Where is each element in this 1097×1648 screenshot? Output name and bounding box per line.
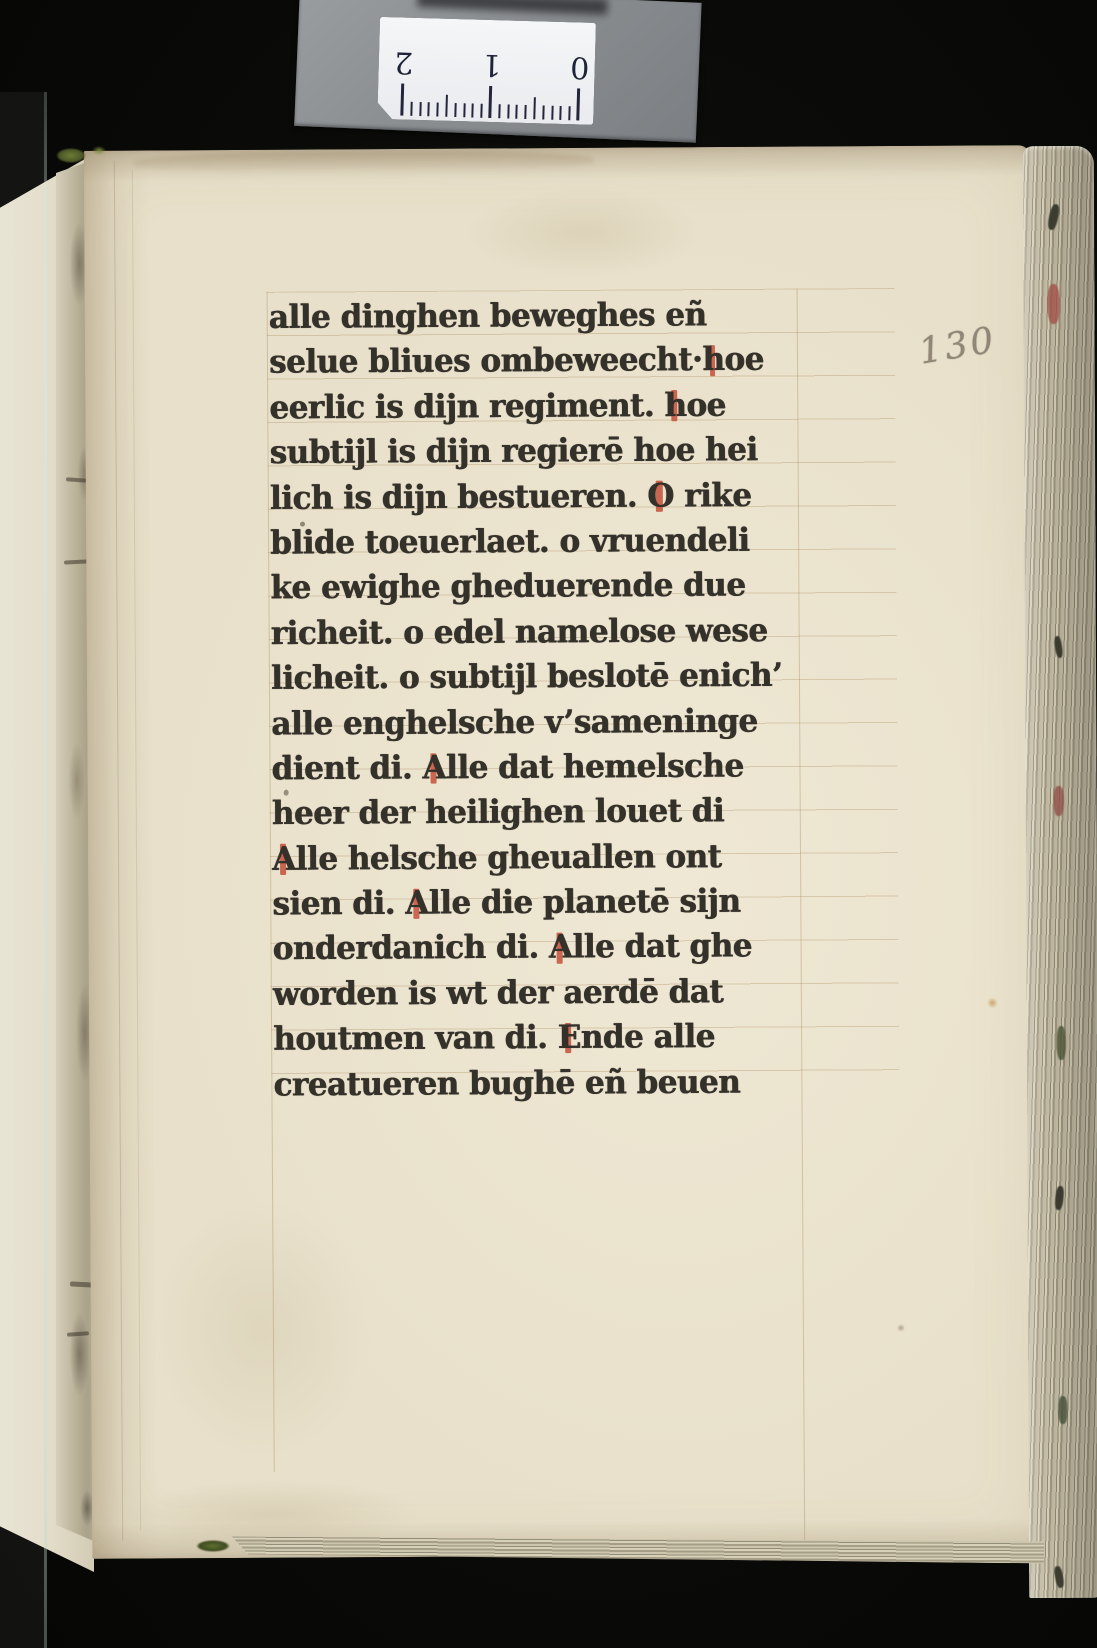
rubricated-initial: h — [702, 341, 724, 379]
manuscript-line: onderdanich di. Alle dat ghe — [272, 924, 832, 973]
manuscript-page: alle dinghen beweghes eñselue bliues omb… — [84, 145, 1041, 1559]
ruler-tick — [498, 104, 500, 118]
ruler-tick — [400, 84, 404, 116]
manuscript-text: dient di. — [271, 749, 422, 787]
manuscript-text: nde alle — [581, 1018, 715, 1056]
ruler-tick — [445, 95, 448, 117]
debris — [92, 146, 106, 155]
manuscript-text: selue bliues ombeweecht· — [269, 341, 703, 381]
fold-crease — [132, 171, 141, 1531]
ruler-tick — [463, 103, 465, 117]
manuscript-line: alle enghelsche v’sameninge — [271, 698, 831, 747]
ruler-tick — [524, 105, 526, 119]
manuscript-text: alle enghelsche v’sameninge — [271, 702, 758, 742]
rubricated-initial: A — [405, 885, 429, 923]
fore-edge-stack — [1023, 146, 1097, 1598]
rubricated-initial: A — [549, 929, 573, 967]
edge-text-glimpse — [1054, 1186, 1064, 1211]
manuscript-text: eerlic is dijn regiment. — [269, 387, 664, 427]
manuscript-line: houtmen van di. Ende alle — [273, 1014, 833, 1063]
manuscript-text: lle dat ghe — [572, 928, 752, 967]
manuscript-line: sien di. Alle die planetē sijn — [272, 879, 832, 928]
edge-text-glimpse — [1047, 203, 1061, 230]
manuscript-photo: alle dinghen beweghes eñselue bliues omb… — [0, 0, 1097, 1648]
ruler-tick — [542, 105, 544, 119]
ruler-tick — [568, 106, 570, 120]
manuscript-line: worden is wt der aerdē dat — [273, 969, 833, 1018]
edge-decoration-glimpse — [1058, 1396, 1067, 1424]
manuscript-text: oe — [686, 386, 726, 424]
ruler-tick — [437, 103, 439, 117]
manuscript-line: selue bliues ombeweecht·hoe — [269, 337, 829, 386]
ruler-tick — [419, 102, 421, 116]
stain — [150, 1199, 372, 1460]
manuscript-text: creatueren bughē eñ beuen — [273, 1063, 740, 1103]
rubricated-initial: A — [422, 749, 446, 787]
manuscript-text: sien di. — [272, 885, 405, 923]
manuscript-text: lle dat hemelsche — [446, 747, 744, 786]
edge-text-glimpse — [1053, 636, 1063, 659]
ruler-tick — [516, 105, 518, 119]
glass-plate-edge — [44, 92, 47, 1648]
stain — [987, 997, 998, 1008]
ruler-tick — [428, 102, 430, 116]
rubricated-initial: E — [557, 1019, 580, 1057]
manuscript-text: onderdanich di. — [272, 929, 549, 968]
manuscript-line: licheit. o subtijl beslotē enich’ — [271, 653, 831, 702]
manuscript-text: ke ewighe gheduerende due — [270, 567, 745, 607]
manuscript-text: oe — [724, 341, 764, 379]
edge-decoration-glimpse — [1047, 284, 1059, 324]
manuscript-text: lle helsche gheuallen ont — [295, 838, 721, 878]
manuscript-line: creatueren bughē eñ beuen — [273, 1059, 833, 1108]
ruler-tick — [576, 88, 580, 120]
ruler-label: 2 — [388, 44, 419, 80]
ruler-label: 1 — [476, 47, 507, 83]
stain — [464, 187, 705, 278]
scale-card: 0 1 2 — [294, 0, 702, 143]
manuscript-text: richeit. o edel namelose wese — [271, 612, 768, 652]
stain — [897, 1324, 905, 1332]
manuscript-line: Alle helsche gheuallen ont — [272, 834, 832, 883]
manuscript-text: lle die planetē sijn — [429, 883, 741, 922]
manuscript-text: subtijl is dijn regierē hoe hei — [269, 431, 757, 471]
manuscript-text: lich is dijn bestueren. — [270, 477, 648, 517]
ruler-tick — [533, 97, 536, 119]
ruler-labels: 0 1 2 — [378, 39, 595, 85]
manuscript-line: ke ewighe gheduerende due — [270, 563, 830, 612]
manuscript-text: heer der heilighen louet di — [272, 793, 725, 833]
manuscript-line: dient di. Alle dat hemelsche — [271, 744, 831, 793]
manuscript-line: richeit. o edel namelose wese — [271, 608, 831, 657]
ruler-tick — [488, 86, 492, 118]
stain — [134, 150, 594, 175]
manuscript-text: houtmen van di. — [273, 1019, 558, 1058]
glass-plate — [0, 92, 44, 1648]
manuscript-line: heer der heilighen louet di — [272, 789, 832, 838]
manuscript-text: blide toeuerlaet. o vruendeli — [270, 522, 750, 562]
manuscript-line: alle dinghen beweghes eñ — [269, 292, 829, 341]
manuscript-line: subtijl is dijn regierē hoe hei — [269, 428, 829, 477]
edge-decoration-glimpse — [1054, 786, 1064, 816]
ruler-tick — [454, 103, 456, 117]
ruler-sticker: 0 1 2 — [377, 17, 596, 125]
edge-decoration-glimpse — [1057, 1026, 1066, 1060]
folio-number: 130 — [916, 320, 999, 373]
rubricated-initial: h — [664, 387, 686, 425]
manuscript-text: rike — [674, 476, 752, 514]
manuscript-text: worden is wt der aerdē dat — [273, 973, 723, 1013]
ruler-tick — [410, 102, 412, 116]
debris — [196, 1540, 230, 1552]
manuscript-line: lich is dijn bestueren. O rike — [270, 473, 830, 522]
ruler-tick — [472, 103, 474, 117]
rubricated-initial: A — [272, 840, 296, 878]
edge-text-glimpse — [1053, 1565, 1065, 1588]
manuscript-text: licheit. o subtijl beslotē enich’ — [271, 657, 783, 698]
fold-crease — [114, 161, 123, 1541]
rubricated-initial: O — [647, 477, 674, 515]
ruler-tick — [560, 106, 562, 120]
manuscript-line: eerlic is dijn regiment. hoe — [269, 383, 829, 432]
manuscript-line: blide toeuerlaet. o vruendeli — [270, 518, 830, 567]
text-block: alle dinghen beweghes eñselue bliues omb… — [269, 292, 834, 1108]
ruler-label: 0 — [564, 49, 595, 85]
ruler-scale: 0 1 2 — [377, 17, 596, 125]
ruler-tick — [551, 106, 553, 120]
ruler-tick — [481, 104, 483, 118]
ruler-tick — [507, 104, 509, 118]
debris — [56, 148, 86, 163]
manuscript-text: alle dinghen beweghes eñ — [269, 296, 707, 336]
